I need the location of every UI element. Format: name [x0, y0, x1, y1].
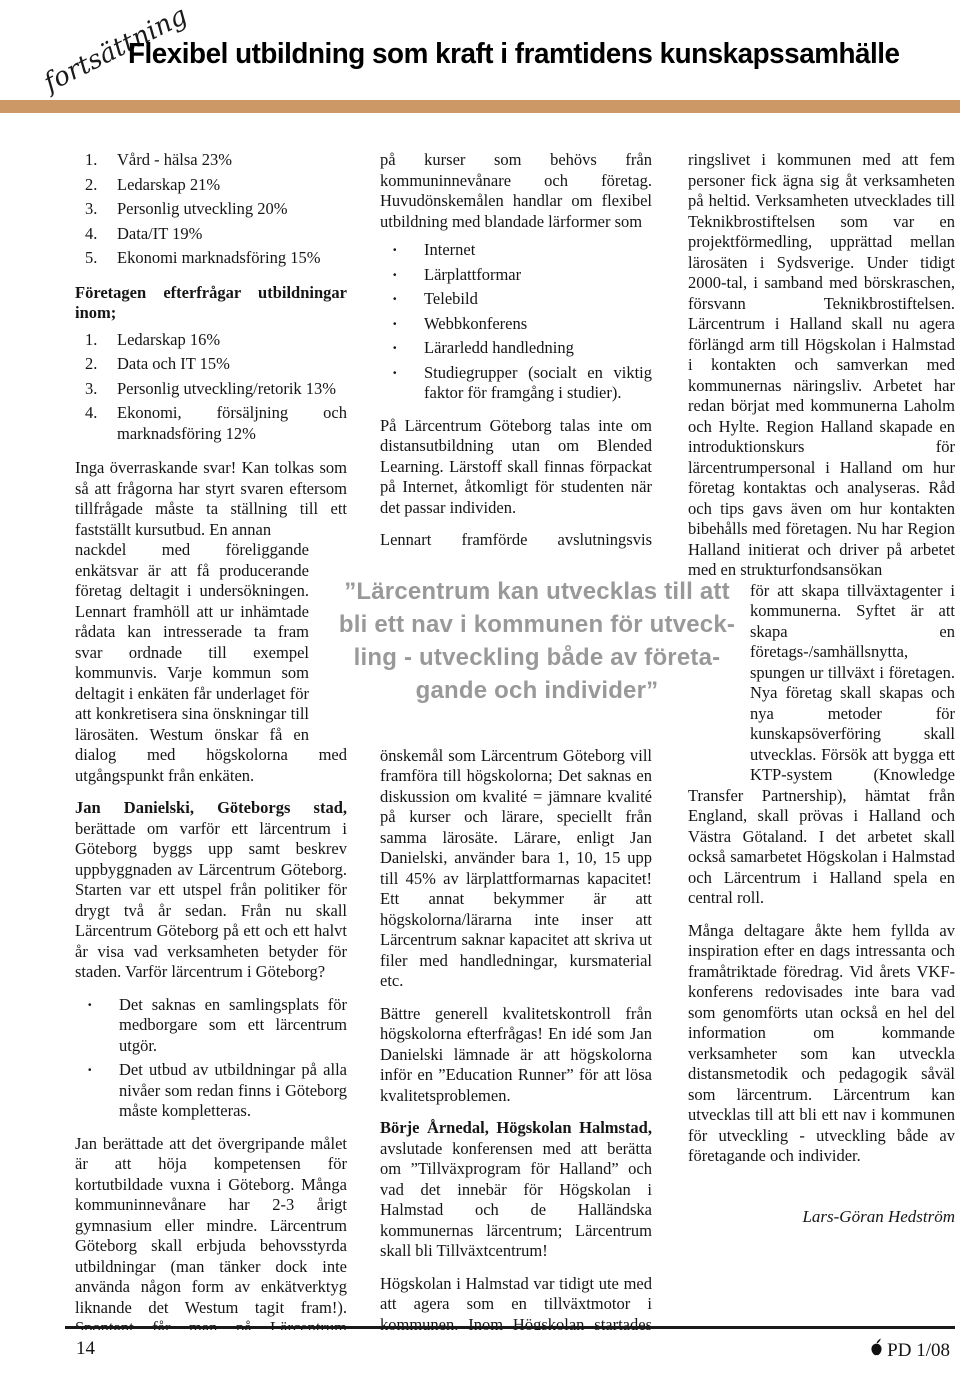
issue-label: PD 1/08: [887, 1340, 950, 1362]
column-left: 1.Vård - hälsa 23% 2.Ledarskap 21% 3.Per…: [75, 150, 347, 1330]
bullet-marker: ·: [87, 995, 101, 1057]
danielski-rest: berättade om varför ett lärcentrum i Göt…: [75, 819, 347, 982]
list-item: ·Lärplattformar: [380, 265, 652, 286]
survey-paragraph-intro: Inga överraskande svar! Kan tolkas som s…: [75, 458, 347, 540]
bullet-marker: ·: [392, 338, 406, 359]
list-text: Data/IT 19%: [117, 224, 347, 245]
accent-bar: [0, 100, 960, 113]
danielski-paragraph: Jan Danielski, Göteborgs stad, berättade…: [75, 798, 347, 983]
survey-paragraph-body: nackdel med föreliggande enkätsvar är at…: [75, 540, 347, 786]
companies-heading: Företagen efterfrågar utbildningar inom;: [75, 283, 347, 324]
list-number: 3.: [85, 379, 109, 400]
learning-forms-list: ·Internet ·Lärplattformar ·Telebild ·Web…: [380, 240, 652, 404]
list-item: ·Internet: [380, 240, 652, 261]
list-item: ·Webbkonferens: [380, 314, 652, 335]
list-item: 4.Data/IT 19%: [75, 224, 347, 245]
blended-learning-paragraph: På Lärcentrum Göteborg talas inte om dis…: [380, 416, 652, 519]
page-number: 14: [76, 1338, 95, 1360]
halmstad-paragraph: Högskolan i Halmstad var tidigt ute med …: [380, 1274, 652, 1331]
list-number: 5.: [85, 248, 109, 269]
list-text: Studiegrupper (socialt en viktig faktor …: [424, 363, 652, 404]
pull-quote: ”Lärcentrum kan utvecklas till att bli e…: [328, 575, 746, 707]
bullet-marker: ·: [392, 363, 406, 404]
quality-paragraph: Bättre generell kvalitetskontroll från h…: [380, 1004, 652, 1107]
footer-rule: [65, 1326, 955, 1329]
list-text: Lärarledd handledning: [424, 338, 652, 359]
list-text: Internet: [424, 240, 652, 261]
wishes-paragraph: önskemål som Lärcentrum Göteborg vill fr…: [380, 746, 652, 992]
bullet-marker: ·: [392, 314, 406, 335]
list-text: Ekonomi marknadsföring 15%: [117, 248, 347, 269]
list-item: 5.Ekonomi marknadsföring 15%: [75, 248, 347, 269]
list-text: Vård - hälsa 23%: [117, 150, 347, 171]
arnedal-lead: Börje Årnedal, Högskolan Halmstad,: [380, 1118, 652, 1137]
column-center: på kurser som behövs från kommuninnevåna…: [380, 150, 652, 1330]
list-item: ·Studiegrupper (socialt en viktig faktor…: [380, 363, 652, 404]
lennart-paragraph: Lennart framförde avslutningsvis: [380, 530, 652, 551]
list-text: Det utbud av utbildningar på alla nivåer…: [119, 1060, 347, 1122]
list-item: ·Det saknas en samlingsplats för medborg…: [75, 995, 347, 1057]
list-item: 2.Ledarskap 21%: [75, 175, 347, 196]
list-text: Webbkonferens: [424, 314, 652, 335]
list-number: 3.: [85, 199, 109, 220]
list-text: Ledarskap 21%: [117, 175, 347, 196]
list-text: Telebild: [424, 289, 652, 310]
danielski-lead: Jan Danielski, Göteborgs stad,: [75, 798, 347, 817]
column-right: ringslivet i kommunen med att fem person…: [688, 150, 955, 1330]
list-item: 2.Data och IT 15%: [75, 354, 347, 375]
arnedal-rest: avslutade konferensen med att berätta om…: [380, 1139, 652, 1261]
list-text: Ekonomi, försäljning och marknadsföring …: [117, 403, 347, 444]
list-item: ·Det utbud av utbildningar på alla nivåe…: [75, 1060, 347, 1122]
page-title: Flexibel utbildning som kraft i framtide…: [128, 38, 954, 71]
education-demand-list: 1.Vård - hälsa 23% 2.Ledarskap 21% 3.Per…: [75, 150, 347, 269]
list-number: 1.: [85, 150, 109, 171]
list-number: 1.: [85, 330, 109, 351]
list-item: ·Telebild: [380, 289, 652, 310]
arnedal-paragraph: Börje Årnedal, Högskolan Halmstad, avslu…: [380, 1118, 652, 1262]
author-signature: Lars-Göran Hedström: [688, 1207, 955, 1228]
list-text: Data och IT 15%: [117, 354, 347, 375]
pd-logo-icon: [869, 1337, 884, 1358]
list-number: 2.: [85, 354, 109, 375]
list-text: Det saknas en samlingsplats för medborga…: [119, 995, 347, 1057]
issue-group: PD 1/08: [869, 1340, 950, 1362]
list-text: Personlig utveckling/retorik 13%: [117, 379, 347, 400]
closing-paragraph: Många deltagare åkte hem fyllda av inspi…: [688, 921, 955, 1167]
bullet-marker: ·: [87, 1060, 101, 1122]
region-paragraph-intro: ringslivet i kommunen med att fem person…: [688, 150, 955, 581]
list-item: 1.Ledarskap 16%: [75, 330, 347, 351]
list-number: 4.: [85, 403, 109, 444]
list-text: Ledarskap 16%: [117, 330, 347, 351]
list-item: 4.Ekonomi, försäljning och marknadsförin…: [75, 403, 347, 444]
list-number: 4.: [85, 224, 109, 245]
list-item: ·Lärarledd handledning: [380, 338, 652, 359]
goteborg-reasons-list: ·Det saknas en samlingsplats för medborg…: [75, 995, 347, 1122]
bullet-marker: ·: [392, 265, 406, 286]
bullet-marker: ·: [392, 289, 406, 310]
list-item: 3.Personlig utveckling 20%: [75, 199, 347, 220]
survey-text: nackdel med föreliggande enkätsvar är at…: [75, 540, 309, 744]
bullet-marker: ·: [392, 240, 406, 261]
list-text: Lärplattformar: [424, 265, 652, 286]
company-demand-list: 1.Ledarskap 16% 2.Data och IT 15% 3.Pers…: [75, 330, 347, 445]
goal-paragraph: Jan berättade att det övergripande målet…: [75, 1134, 347, 1331]
list-text: Personlig utveckling 20%: [117, 199, 347, 220]
list-item: 1.Vård - hälsa 23%: [75, 150, 347, 171]
page: { "header": { "continuation_label": "for…: [0, 0, 960, 1382]
list-number: 2.: [85, 175, 109, 196]
list-item: 3.Personlig utveckling/retorik 13%: [75, 379, 347, 400]
courses-paragraph: på kurser som behövs från kommuninnevåna…: [380, 150, 652, 232]
